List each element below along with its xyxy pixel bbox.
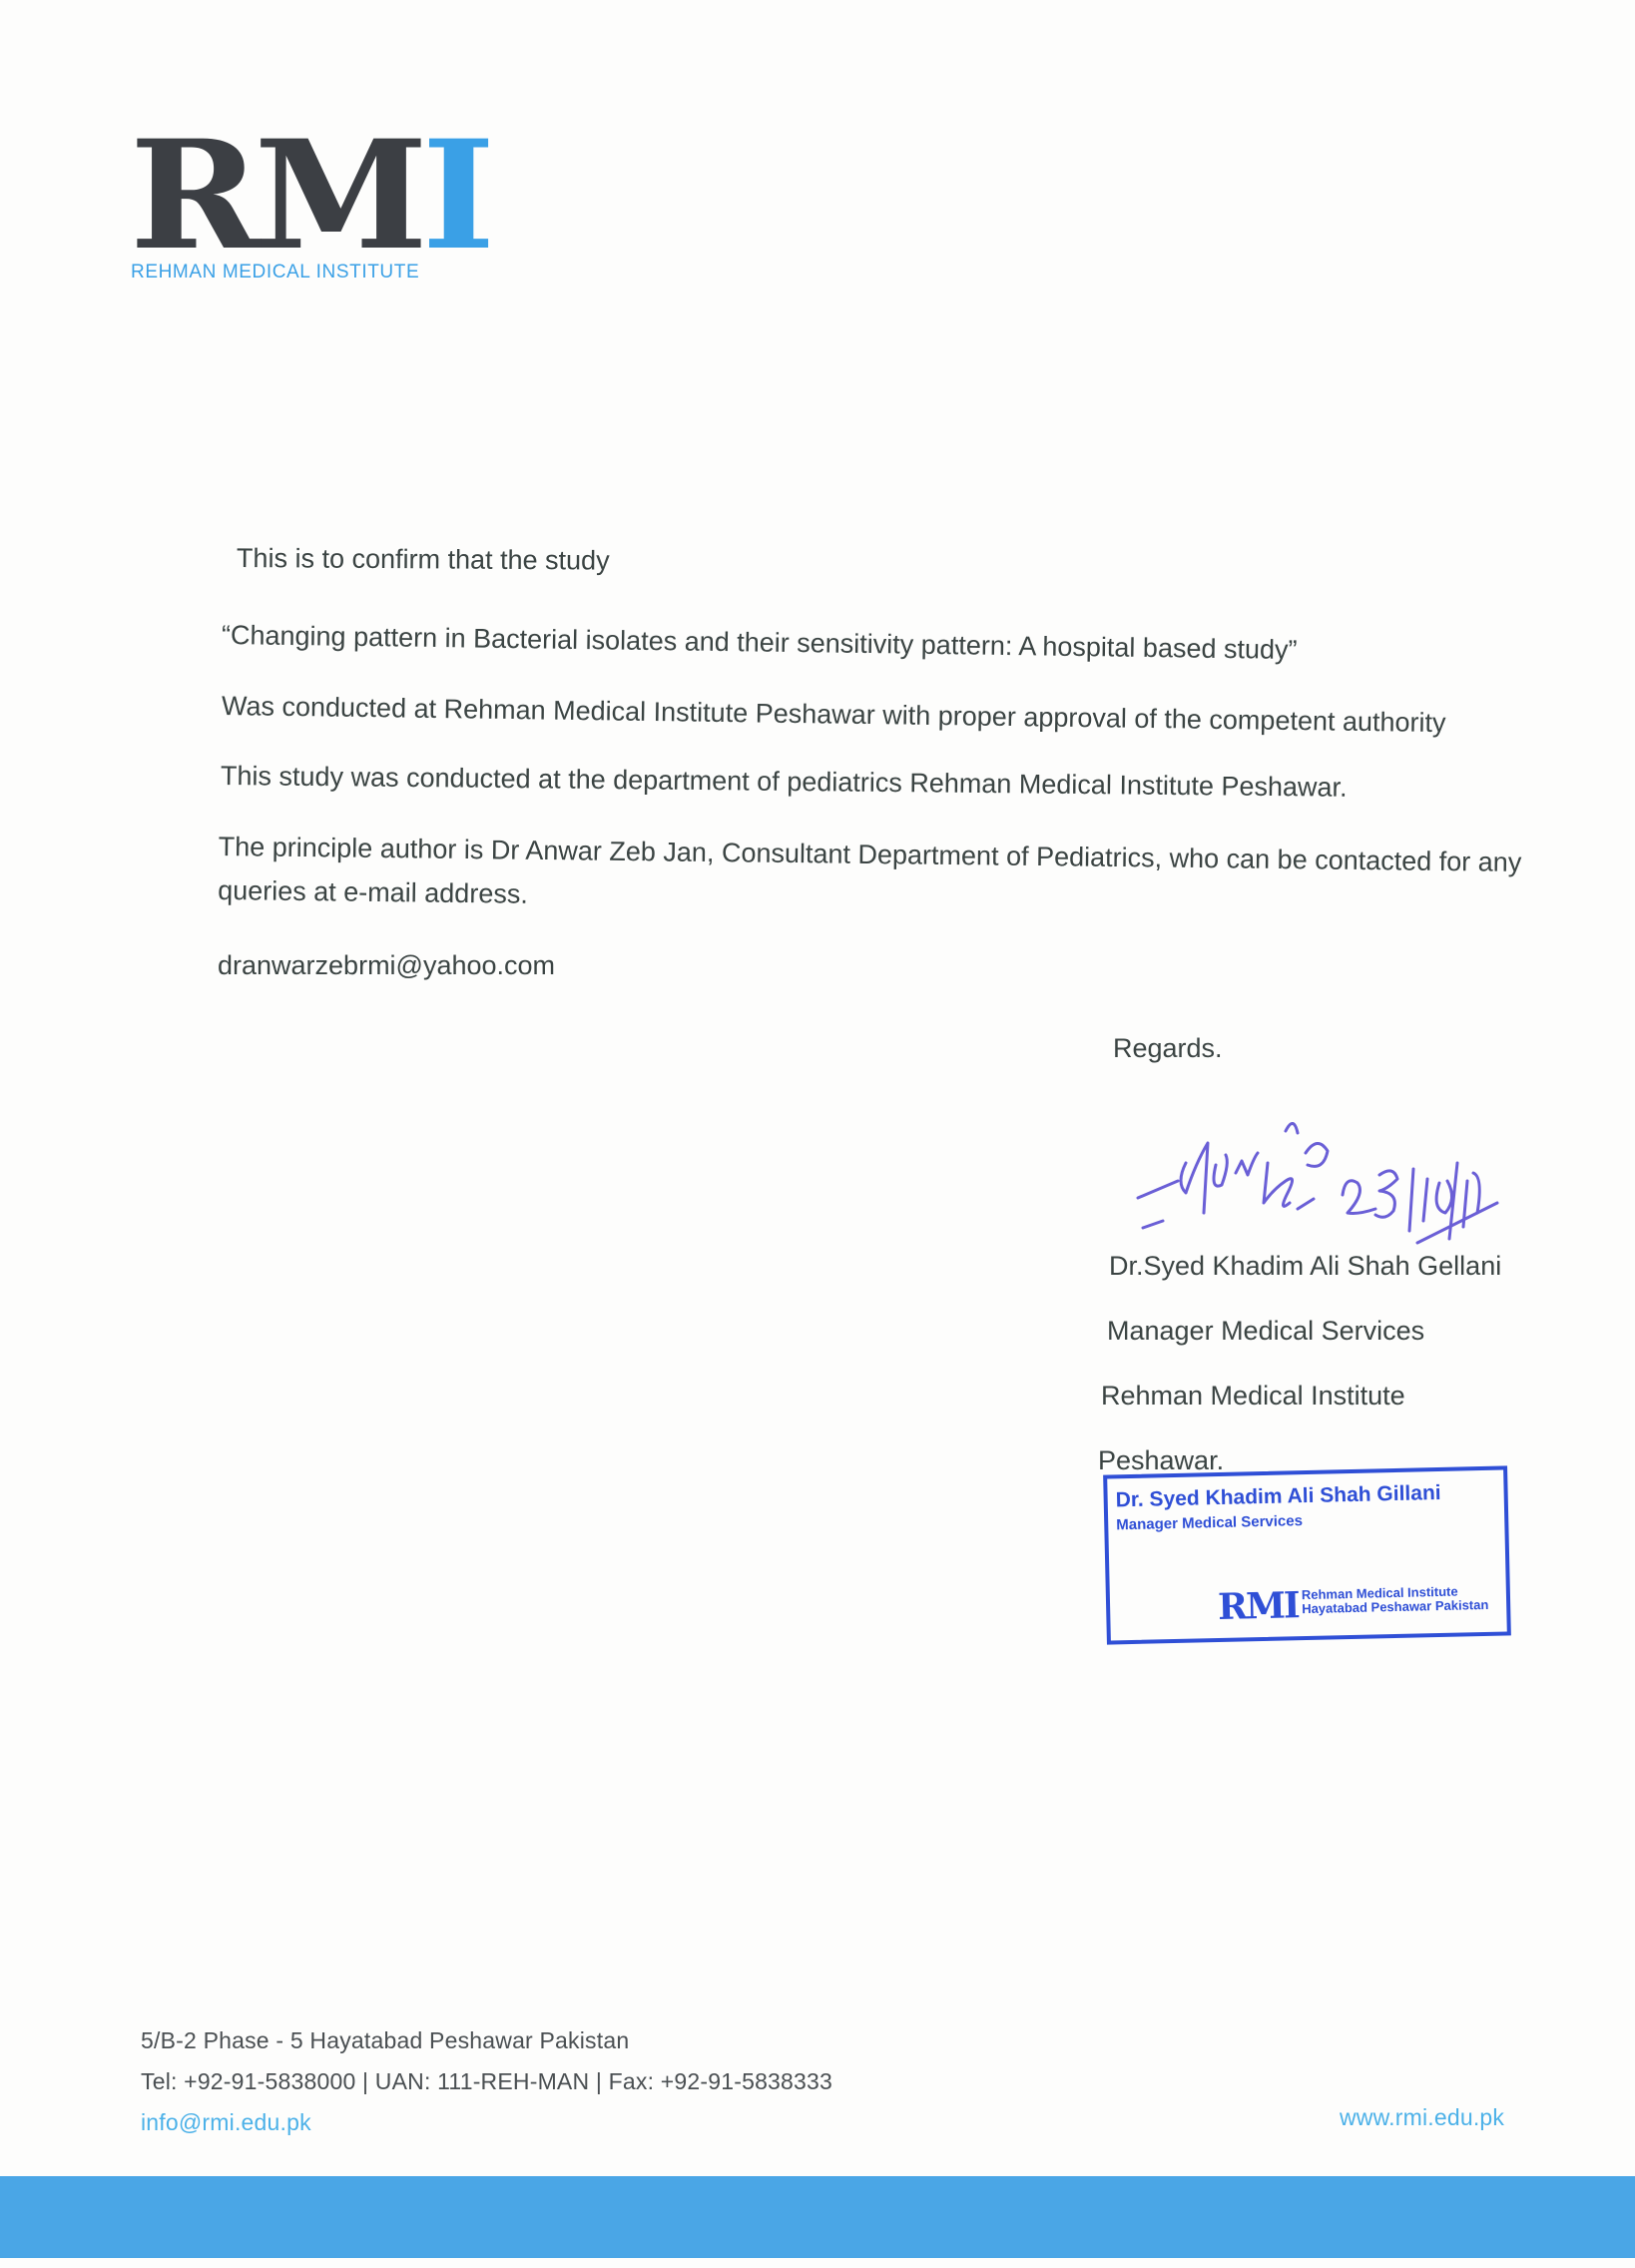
stamp-logo: RMI: [1218, 1584, 1300, 1628]
footer-contact: Tel: +92-91-5838000 | UAN: 111-REH-MAN |…: [141, 2068, 832, 2095]
study-title: “Changing pattern in Bacterial isolates …: [222, 618, 1298, 667]
author-email[interactable]: dranwarzebrmi@yahoo.com: [218, 948, 555, 982]
org-tagline: REHMAN MEDICAL INSTITUTE: [131, 262, 419, 283]
regards-text: Regards.: [1113, 1033, 1223, 1064]
signatory-name: Dr.Syed Khadim Ali Shah Gellani: [1109, 1251, 1501, 1282]
signatory-organization: Rehman Medical Institute: [1101, 1381, 1405, 1412]
stamp-name: Dr. Syed Khadim Ali Shah Gillani: [1115, 1481, 1440, 1512]
footer-email[interactable]: info@rmi.edu.pk: [141, 2109, 311, 2136]
logo-accent-text: I: [422, 108, 489, 283]
stamp-org: Rehman Medical Institute Hayatabad Pesha…: [1302, 1584, 1489, 1616]
location-line: Was conducted at Rehman Medical Institut…: [222, 689, 1446, 740]
rmi-logo: RMI: [130, 132, 489, 260]
intro-line: This is to confirm that the study: [237, 541, 610, 578]
handwritten-signature: [1118, 1103, 1635, 1253]
footer-website[interactable]: www.rmi.edu.pk: [1340, 2104, 1504, 2131]
stamp-title: Manager Medical Services: [1116, 1512, 1303, 1533]
official-stamp: Dr. Syed Khadim Ali Shah Gillani Manager…: [1103, 1465, 1511, 1644]
author-paragraph: The principle author is Dr Anwar Zeb Jan…: [218, 825, 1526, 928]
signatory-title: Manager Medical Services: [1107, 1316, 1424, 1347]
stamp-org-line2: Hayatabad Peshawar Pakistan: [1302, 1598, 1488, 1616]
footer-band: [0, 2176, 1635, 2258]
footer-address: 5/B-2 Phase - 5 Hayatabad Peshawar Pakis…: [141, 2027, 629, 2054]
department-line: This study was conducted at the departme…: [221, 759, 1348, 805]
logo-main-text: RM: [130, 108, 422, 283]
